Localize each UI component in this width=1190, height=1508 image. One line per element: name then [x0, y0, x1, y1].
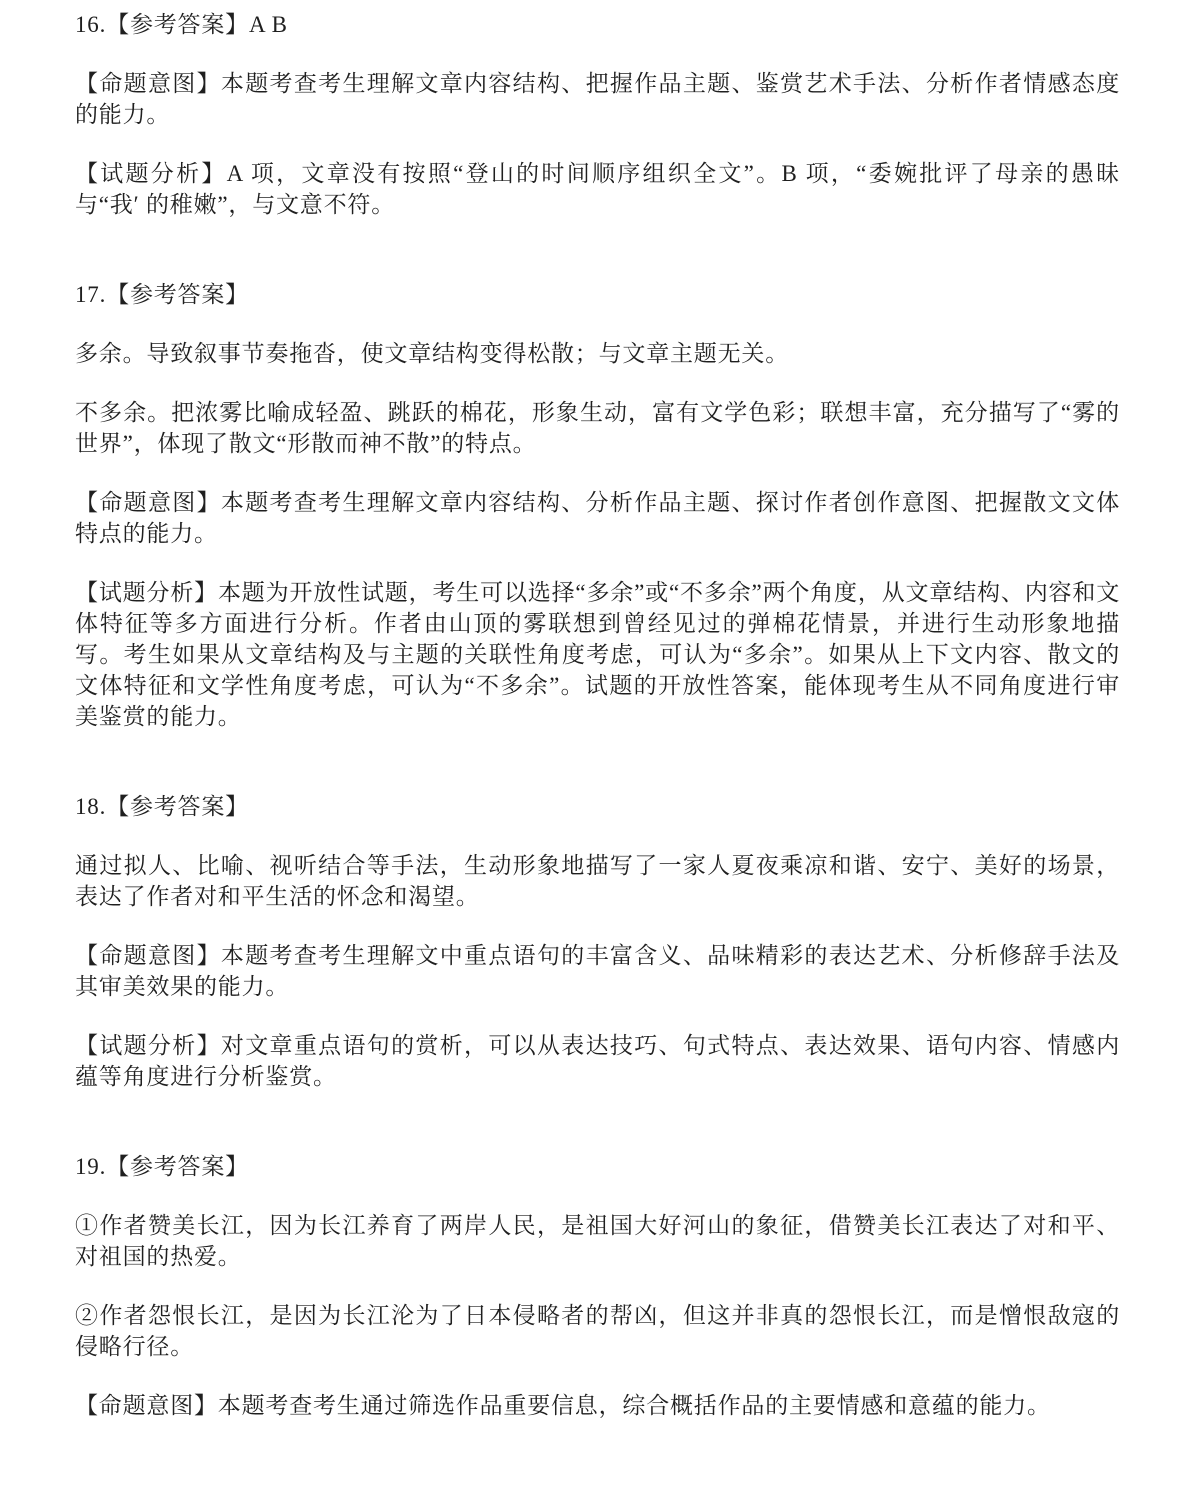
answer-section-17: 17.【参考答案】 多余。导致叙事节奏拖沓，使文章结构变得松散；与文章主题无关。… — [75, 279, 1120, 732]
section-16-analysis-paragraph: 【试题分析】A 项，文章没有按照“登山的时间顺序组织全文”。B 项，“委婉批评了… — [75, 158, 1120, 220]
section-19-answer-point-2-paragraph: ②作者怨恨长江，是因为长江沦为了日本侵略者的帮凶，但这并非真的怨恨长江，而是憎恨… — [75, 1300, 1120, 1362]
answer-section-16: 16.【参考答案】A B 【命题意图】本题考查考生理解文章内容结构、把握作品主题… — [75, 9, 1120, 220]
answer-section-19: 19.【参考答案】 ①作者赞美长江，因为长江养育了两岸人民，是祖国大好河山的象征… — [75, 1151, 1120, 1421]
section-16-header: 16.【参考答案】A B — [75, 9, 1120, 40]
section-18-analysis-paragraph: 【试题分析】对文章重点语句的赏析，可以从表达技巧、句式特点、表达效果、语句内容、… — [75, 1030, 1120, 1092]
answer-section-18: 18.【参考答案】 通过拟人、比喻、视听结合等手法，生动形象地描写了一家人夏夜乘… — [75, 791, 1120, 1092]
section-18-answer-paragraph: 通过拟人、比喻、视听结合等手法，生动形象地描写了一家人夏夜乘凉和谐、安宁、美好的… — [75, 850, 1120, 912]
section-17-answer-redundant-paragraph: 多余。导致叙事节奏拖沓，使文章结构变得松散；与文章主题无关。 — [75, 338, 1120, 369]
section-16-intent-paragraph: 【命题意图】本题考查考生理解文章内容结构、把握作品主题、鉴赏艺术手法、分析作者情… — [75, 68, 1120, 130]
section-17-analysis-paragraph: 【试题分析】本题为开放性试题，考生可以选择“多余”或“不多余”两个角度，从文章结… — [75, 577, 1120, 732]
answer-key-page: 16.【参考答案】A B 【命题意图】本题考查考生理解文章内容结构、把握作品主题… — [0, 0, 1190, 1508]
section-17-intent-paragraph: 【命题意图】本题考查考生理解文章内容结构、分析作品主题、探讨作者创作意图、把握散… — [75, 487, 1120, 549]
section-19-header: 19.【参考答案】 — [75, 1151, 1120, 1182]
section-17-header: 17.【参考答案】 — [75, 279, 1120, 310]
section-19-intent-paragraph: 【命题意图】本题考查考生通过筛选作品重要信息，综合概括作品的主要情感和意蕴的能力… — [75, 1390, 1120, 1421]
section-17-answer-not-redundant-paragraph: 不多余。把浓雾比喻成轻盈、跳跃的棉花，形象生动，富有文学色彩；联想丰富，充分描写… — [75, 397, 1120, 459]
section-18-header: 18.【参考答案】 — [75, 791, 1120, 822]
section-19-answer-point-1-paragraph: ①作者赞美长江，因为长江养育了两岸人民，是祖国大好河山的象征，借赞美长江表达了对… — [75, 1210, 1120, 1272]
section-18-intent-paragraph: 【命题意图】本题考查考生理解文中重点语句的丰富含义、品味精彩的表达艺术、分析修辞… — [75, 940, 1120, 1002]
